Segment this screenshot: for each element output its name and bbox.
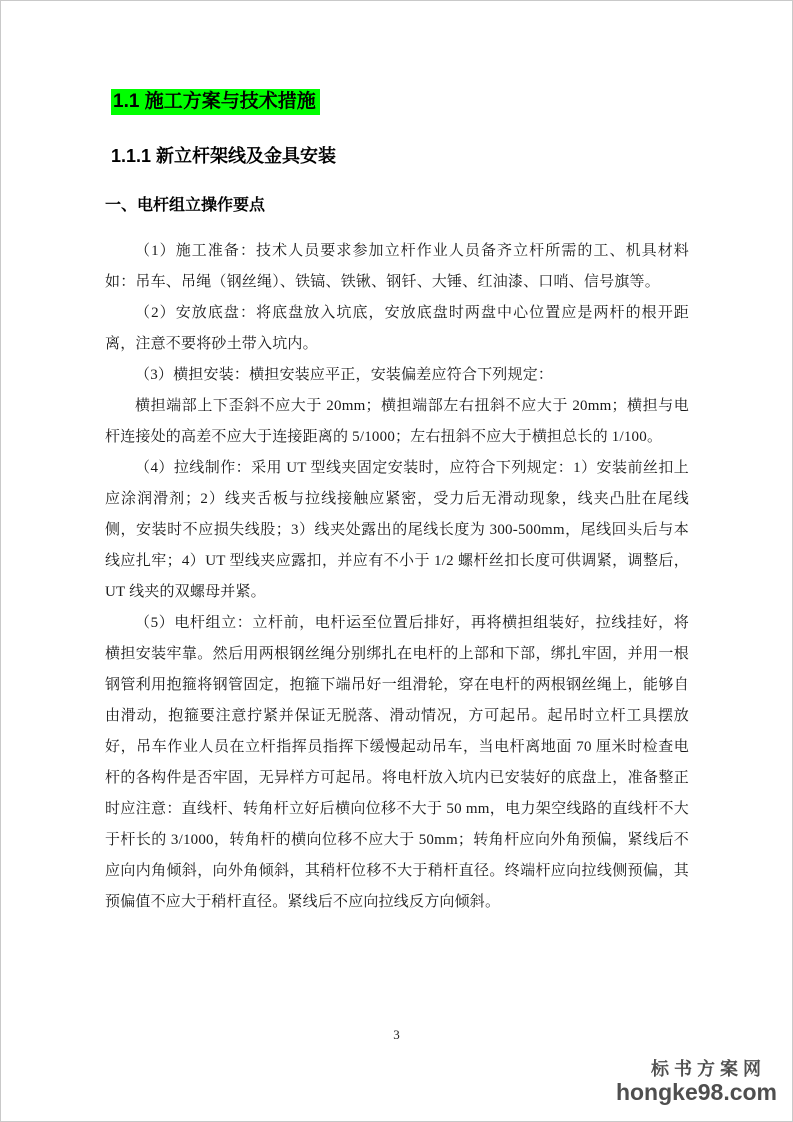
section-heading: 1.1 施工方案与技术措施 bbox=[111, 88, 689, 116]
paragraph-guy-wire-making: （4）拉线制作：采用 UT 型线夹固定安装时，应符合下列规定：1）安装前丝扣上应… bbox=[105, 453, 689, 608]
paragraph-pole-erection: （5）电杆组立：立杆前，电杆运至位置后排好，再将横担组装好，拉线挂好，将横担安装… bbox=[105, 608, 689, 918]
page-content: 1.1 施工方案与技术措施 1.1.1 新立杆架线及金具安装 一、电杆组立操作要… bbox=[105, 0, 689, 918]
paragraph-crossarm-tolerances: 横担端部上下歪斜不应大于 20mm；横担端部左右扭斜不应大于 20mm；横担与电… bbox=[105, 391, 689, 453]
watermark: 标书方案网 hongke98.com bbox=[616, 1060, 777, 1105]
subsection-heading: 1.1.1 新立杆架线及金具安装 bbox=[111, 143, 689, 169]
body-text: （1）施工准备：技术人员要求参加立杆作业人员备齐立杆所需的工、机具材料如：吊车、… bbox=[105, 236, 689, 918]
paragraph-construction-preparation: （1）施工准备：技术人员要求参加立杆作业人员备齐立杆所需的工、机具材料如：吊车、… bbox=[105, 236, 689, 298]
section-heading-highlight: 1.1 施工方案与技术措施 bbox=[111, 89, 320, 115]
page-number: 3 bbox=[0, 1027, 793, 1043]
paragraph-base-plate-placement: （2）安放底盘：将底盘放入坑底，安放底盘时两盘中心位置应是两杆的根开距离，注意不… bbox=[105, 298, 689, 360]
watermark-site-url: hongke98.com bbox=[616, 1080, 777, 1105]
watermark-site-name: 标书方案网 bbox=[616, 1060, 777, 1080]
document-page: 1.1 施工方案与技术措施 1.1.1 新立杆架线及金具安装 一、电杆组立操作要… bbox=[0, 0, 793, 1122]
item-heading: 一、电杆组立操作要点 bbox=[105, 194, 689, 218]
paragraph-crossarm-installation: （3）横担安装：横担安装应平正，安装偏差应符合下列规定： bbox=[105, 360, 689, 391]
